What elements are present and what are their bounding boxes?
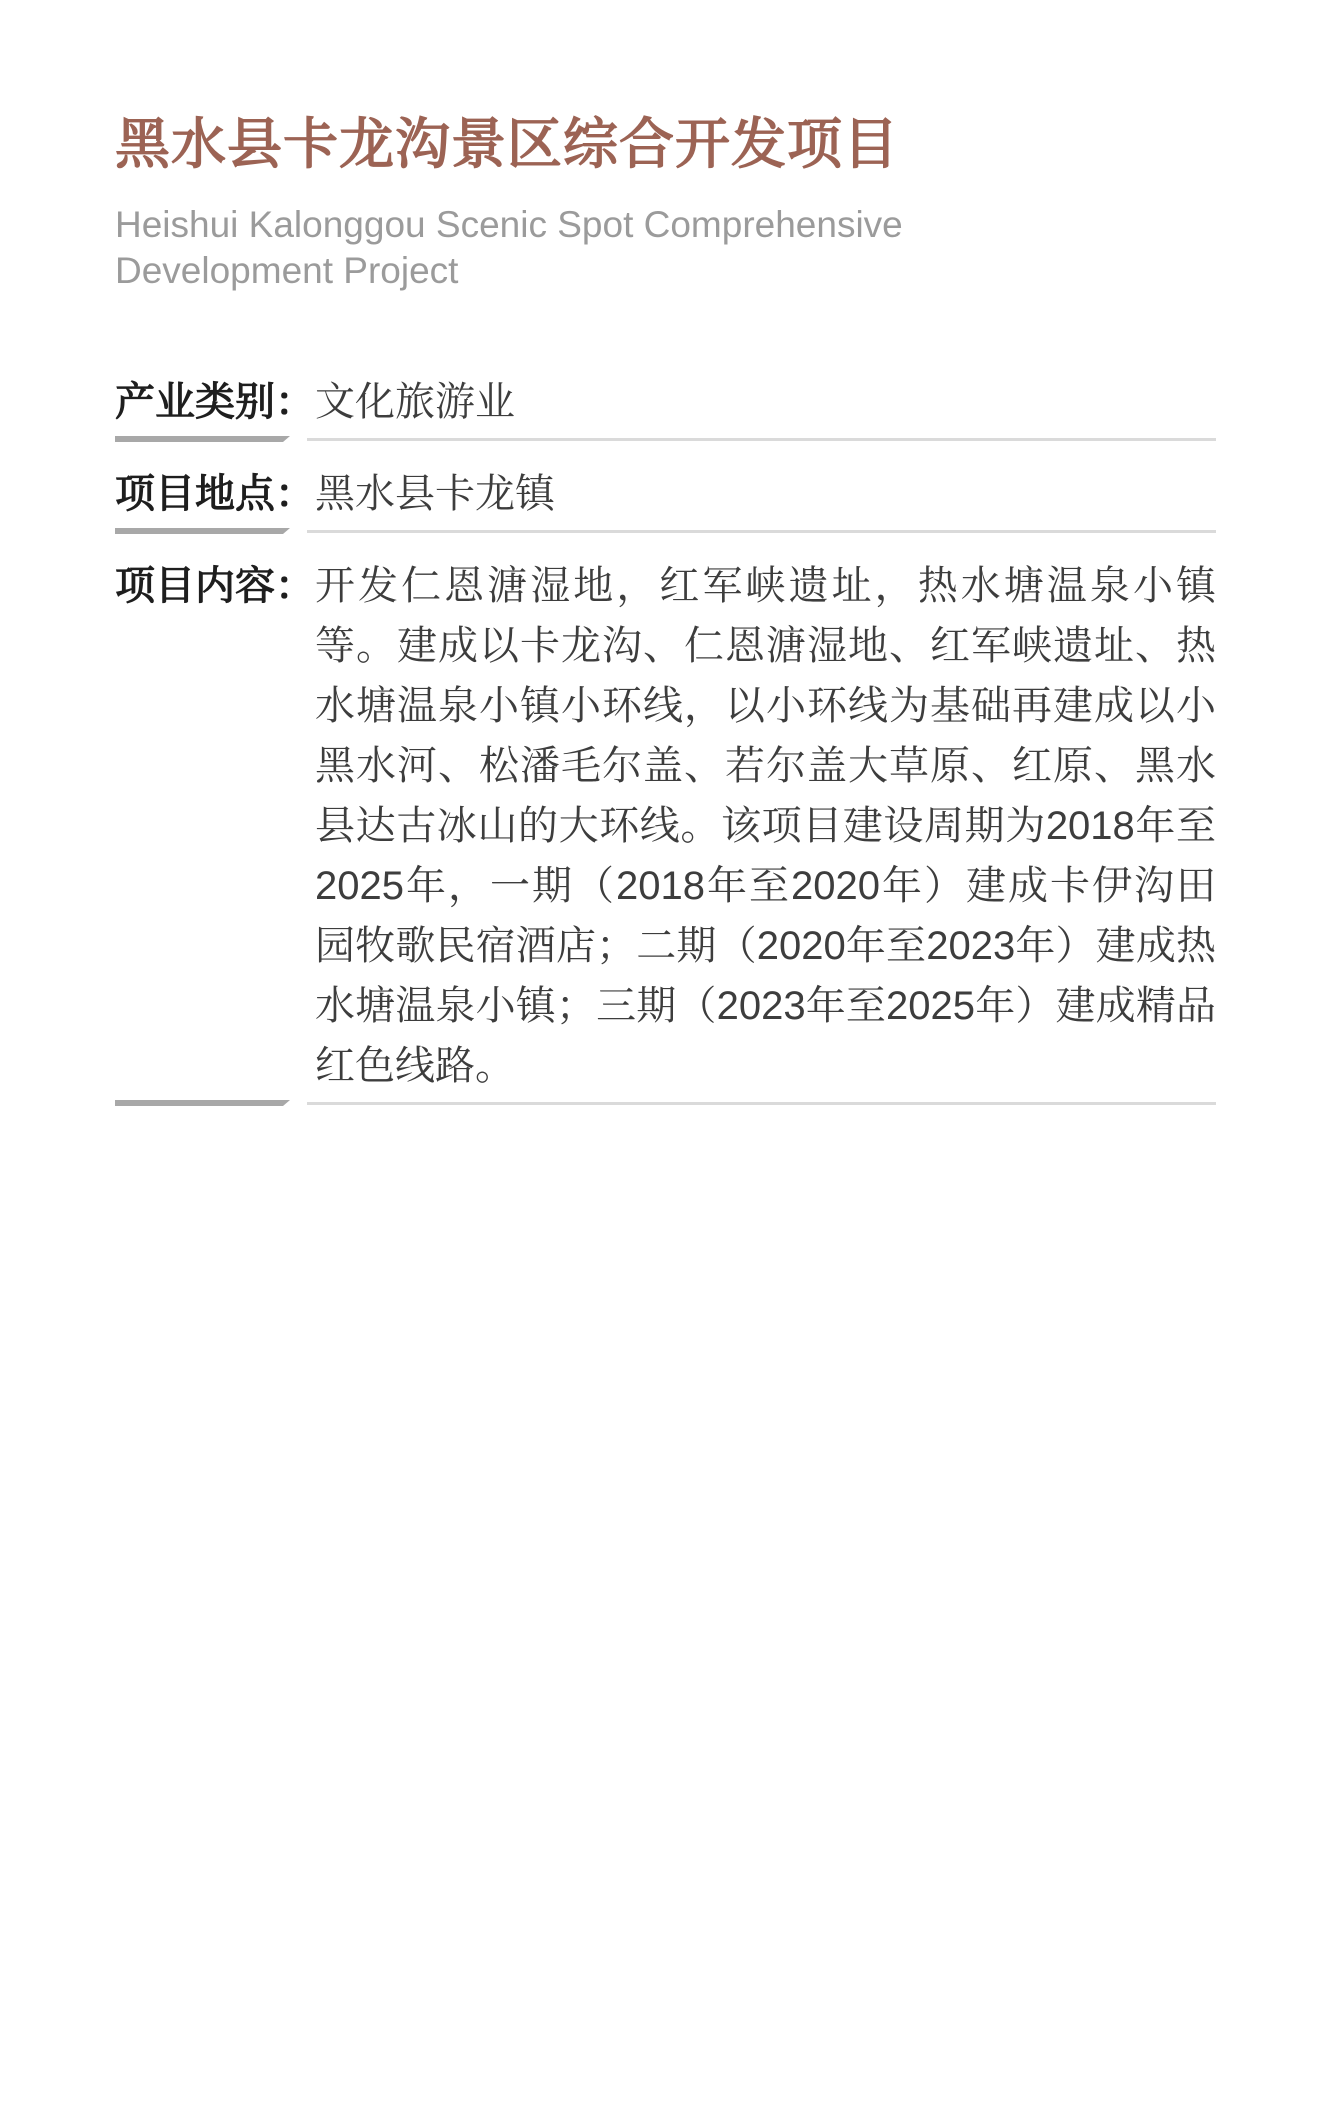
divider-accent-bar	[115, 436, 290, 442]
project-title-en: Heishui Kalonggou Scenic Spot Comprehens…	[115, 202, 975, 294]
divider-rule	[307, 438, 1216, 441]
project-sheet-page: 黑水县卡龙沟景区综合开发项目 Heishui Kalonggou Scenic …	[0, 0, 1334, 2102]
project-title-zh: 黑水县卡龙沟景区综合开发项目	[115, 112, 1216, 176]
divider-accent-bar	[115, 528, 290, 534]
divider-rule	[307, 1102, 1216, 1105]
industry-category-value: 文化旅游业	[315, 372, 1216, 432]
section-divider	[115, 436, 1216, 442]
project-location-value: 黑水县卡龙镇	[315, 464, 1216, 524]
field-row-project-location: 项目地点： 黑水县卡龙镇	[115, 464, 1216, 524]
page-header: 黑水县卡龙沟景区综合开发项目 Heishui Kalonggou Scenic …	[115, 112, 1216, 294]
project-fields: 产业类别： 文化旅游业 项目地点： 黑水县卡龙镇 项目内容： 开发仁恩溏湿地，红…	[115, 372, 1216, 1106]
field-row-project-content: 项目内容： 开发仁恩溏湿地，红军峡遗址，热水塘温泉小镇等。建成以卡龙沟、仁恩溏湿…	[115, 556, 1216, 1096]
section-divider	[115, 528, 1216, 534]
field-row-industry-category: 产业类别： 文化旅游业	[115, 372, 1216, 432]
industry-category-label: 产业类别：	[115, 372, 315, 432]
section-divider	[115, 1100, 1216, 1106]
project-content-label: 项目内容：	[115, 556, 315, 616]
project-location-label: 项目地点：	[115, 464, 315, 524]
divider-rule	[307, 530, 1216, 533]
project-content-value: 开发仁恩溏湿地，红军峡遗址，热水塘温泉小镇等。建成以卡龙沟、仁恩溏湿地、红军峡遗…	[315, 556, 1216, 1096]
divider-accent-bar	[115, 1100, 290, 1106]
